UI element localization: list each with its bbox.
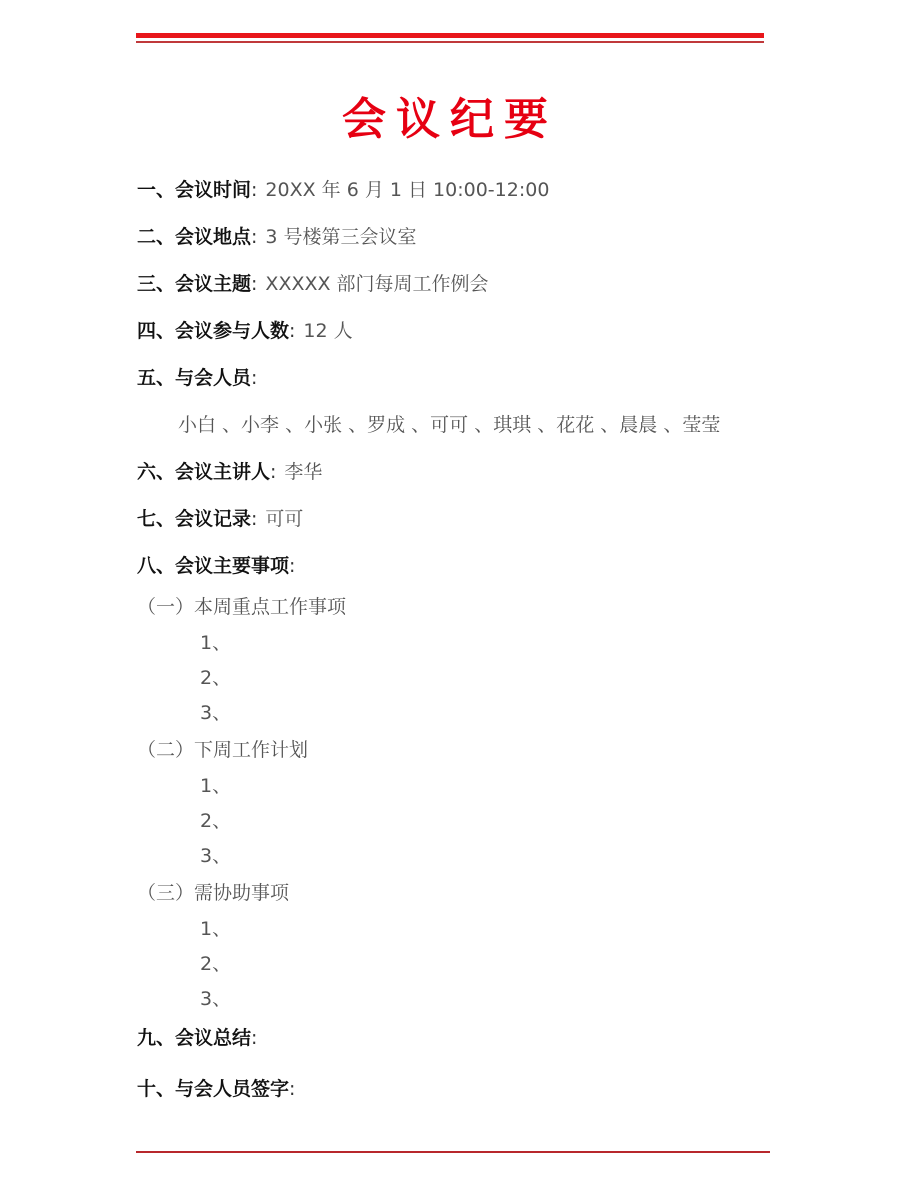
field-label: 二、会议地点 <box>137 226 251 248</box>
matter-item: 2、 <box>200 951 231 977</box>
colon: : <box>251 226 257 248</box>
field-label: 四、会议参与人数 <box>137 320 289 342</box>
header-rule-thin <box>136 41 764 43</box>
field-label: 三、会议主题 <box>137 273 251 295</box>
field-main-matters: 八、会议主要事项: <box>137 553 303 579</box>
footer-rule <box>136 1151 770 1153</box>
field-label: 一、会议时间 <box>137 179 251 201</box>
field-value: XXXXX 部门每周工作例会 <box>265 273 488 295</box>
field-participant-count: 四、会议参与人数:12 人 <box>137 318 353 344</box>
field-value: 12 人 <box>303 320 352 342</box>
colon: : <box>289 1078 295 1100</box>
field-label: 五、与会人员 <box>137 367 251 389</box>
field-value: 20XX 年 6 月 1 日 10:00-12:00 <box>265 179 549 201</box>
matter-item: 1、 <box>200 916 231 942</box>
attendee-list: 小白 、小李 、小张 、罗成 、可可 、琪琪 、花花 、晨晨 、莹莹 <box>178 412 720 438</box>
document-title: 会议纪要 <box>0 92 900 148</box>
colon: : <box>289 555 295 577</box>
colon: : <box>251 1027 257 1049</box>
field-signatures: 十、与会人员签字: <box>137 1076 303 1102</box>
field-label: 七、会议记录 <box>137 508 251 530</box>
field-label: 十、与会人员签字 <box>137 1078 289 1100</box>
colon: : <box>289 320 295 342</box>
colon: : <box>270 461 276 483</box>
field-meeting-location: 二、会议地点:3 号楼第三会议室 <box>137 224 417 250</box>
colon: : <box>251 273 257 295</box>
matter-heading: （二）下周工作计划 <box>137 737 308 763</box>
matter-heading: （一）本周重点工作事项 <box>137 594 346 620</box>
colon: : <box>251 179 257 201</box>
matter-item: 1、 <box>200 630 231 656</box>
field-value: 李华 <box>284 461 322 483</box>
field-meeting-topic: 三、会议主题:XXXXX 部门每周工作例会 <box>137 271 489 297</box>
header-rule-thick <box>136 33 764 38</box>
field-summary: 九、会议总结: <box>137 1025 265 1051</box>
colon: : <box>251 367 257 389</box>
field-value: 3 号楼第三会议室 <box>265 226 416 248</box>
field-attendees: 五、与会人员: <box>137 365 265 391</box>
field-meeting-time: 一、会议时间:20XX 年 6 月 1 日 10:00-12:00 <box>137 177 549 203</box>
matter-item: 3、 <box>200 986 231 1012</box>
field-label: 六、会议主讲人 <box>137 461 270 483</box>
field-label: 八、会议主要事项 <box>137 555 289 577</box>
field-label: 九、会议总结 <box>137 1027 251 1049</box>
matter-item: 1、 <box>200 773 231 799</box>
matter-item: 3、 <box>200 700 231 726</box>
field-recorder: 七、会议记录:可可 <box>137 506 303 532</box>
matter-heading: （三）需协助事项 <box>137 880 289 906</box>
colon: : <box>251 508 257 530</box>
matter-item: 3、 <box>200 843 231 869</box>
field-speaker: 六、会议主讲人:李华 <box>137 459 322 485</box>
field-value: 可可 <box>265 508 303 530</box>
matter-item: 2、 <box>200 808 231 834</box>
matter-item: 2、 <box>200 665 231 691</box>
